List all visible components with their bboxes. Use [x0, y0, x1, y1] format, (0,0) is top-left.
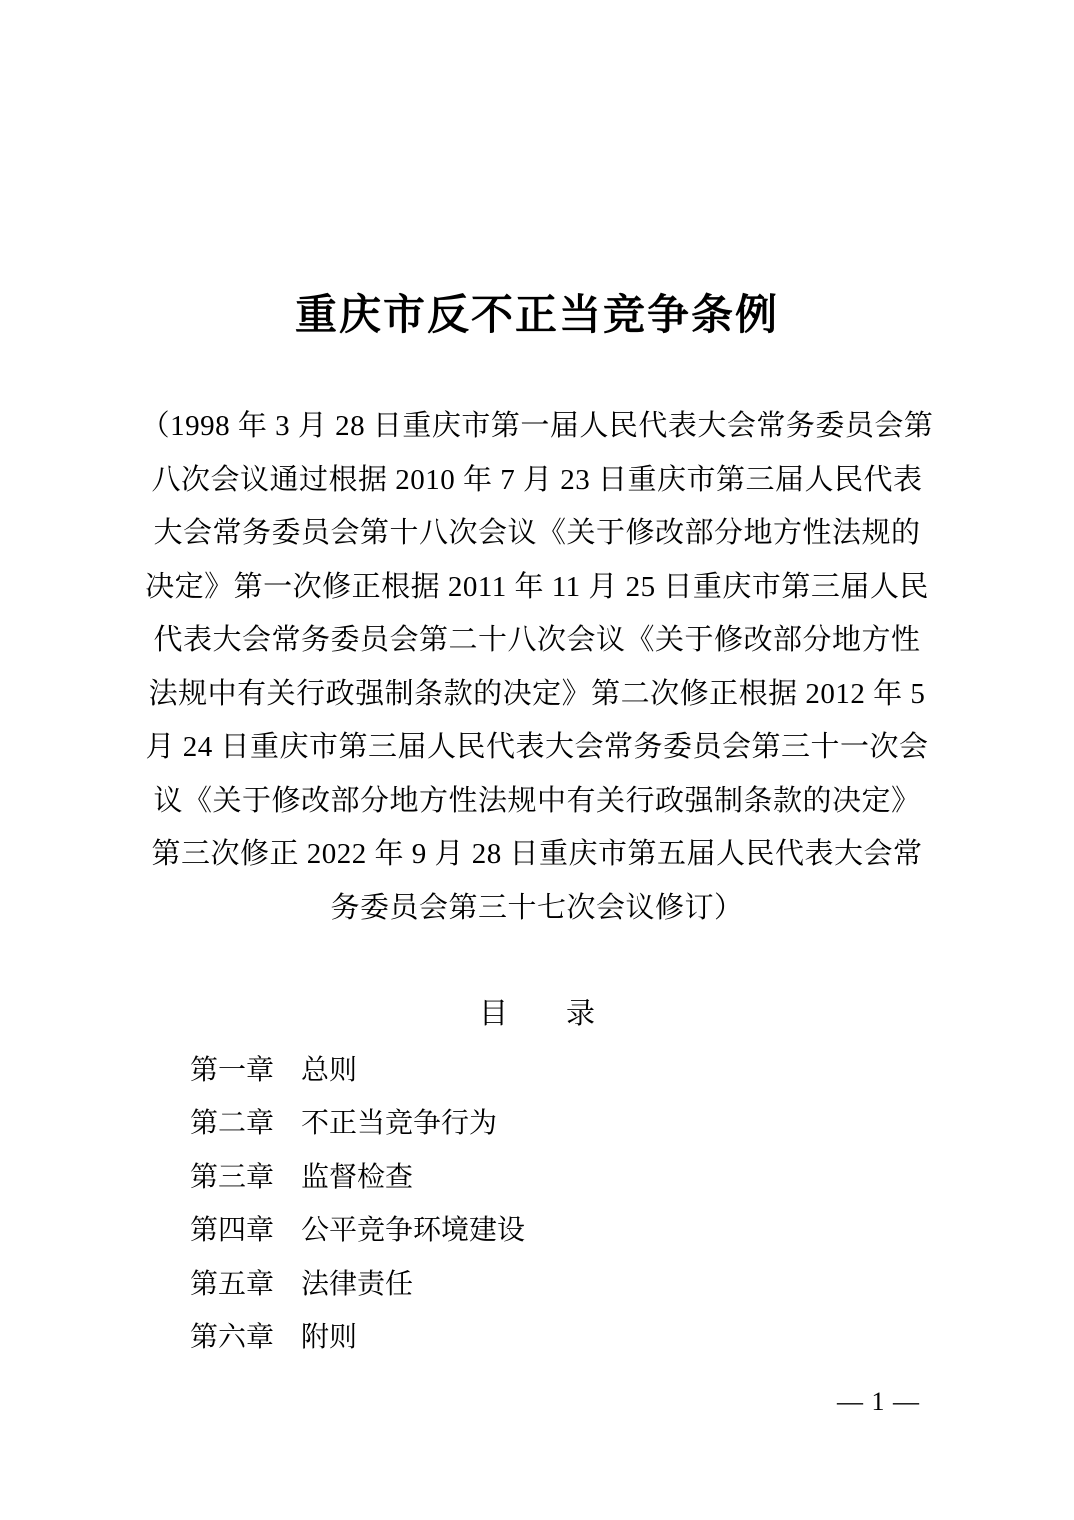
preamble-line: 代表大会常务委员会第二十八次会议《关于修改部分地方性 — [137, 614, 937, 668]
preamble: （1998 年 3 月 28 日重庆市第一届人民代表大会常务委员会第 八次会议通… — [137, 400, 937, 935]
toc-chapter-number: 第六章 — [190, 1322, 274, 1353]
toc-chapter-number: 第三章 — [190, 1162, 274, 1193]
toc-chapter-number: 第一章 — [190, 1055, 274, 1086]
document-page: 重庆市反不正当竞争条例 （1998 年 3 月 28 日重庆市第一届人民代表大会… — [0, 0, 1074, 1520]
preamble-line: 法规中有关行政强制条款的决定》第二次修正根据 2012 年 5 — [137, 668, 937, 722]
page-number: — 1 — — [837, 1388, 920, 1416]
preamble-line: 议《关于修改部分地方性法规中有关行政强制条款的决定》 — [137, 775, 937, 829]
toc-chapter-title: 法律责任 — [301, 1269, 413, 1300]
toc-chapter-number: 第四章 — [190, 1215, 274, 1246]
toc-heading: 目 录 — [0, 988, 1074, 1040]
toc-item: 第三章监督检查 — [190, 1151, 525, 1204]
preamble-line: 大会常务委员会第十八次会议《关于修改部分地方性法规的 — [137, 507, 937, 561]
toc-item: 第四章公平竞争环境建设 — [190, 1204, 525, 1257]
document-title: 重庆市反不正当竞争条例 — [0, 290, 1074, 342]
toc-item: 第二章不正当竞争行为 — [190, 1097, 525, 1150]
preamble-line: 八次会议通过根据 2010 年 7 月 23 日重庆市第三届人民代表 — [137, 454, 937, 508]
toc-chapter-title: 总则 — [301, 1055, 357, 1086]
toc-chapter-title: 监督检查 — [301, 1162, 413, 1193]
preamble-line: 决定》第一次修正根据 2011 年 11 月 25 日重庆市第三届人民 — [137, 561, 937, 615]
toc-chapter-title: 附则 — [301, 1322, 357, 1353]
toc-chapter-title: 不正当竞争行为 — [301, 1108, 497, 1139]
toc-item: 第六章附则 — [190, 1311, 525, 1364]
toc-chapter-number: 第五章 — [190, 1269, 274, 1300]
preamble-line: 第三次修正 2022 年 9 月 28 日重庆市第五届人民代表大会常 — [137, 828, 937, 882]
toc-chapter-title: 公平竞争环境建设 — [301, 1215, 525, 1246]
preamble-line: （1998 年 3 月 28 日重庆市第一届人民代表大会常务委员会第 — [137, 400, 937, 454]
toc-list: 第一章总则 第二章不正当竞争行为 第三章监督检查 第四章公平竞争环境建设 第五章… — [190, 1044, 525, 1364]
preamble-line: 月 24 日重庆市第三届人民代表大会常务委员会第三十一次会 — [137, 721, 937, 775]
toc-chapter-number: 第二章 — [190, 1108, 274, 1139]
toc-item: 第五章法律责任 — [190, 1258, 525, 1311]
toc-item: 第一章总则 — [190, 1044, 525, 1097]
preamble-line: 务委员会第三十七次会议修订） — [137, 882, 937, 936]
